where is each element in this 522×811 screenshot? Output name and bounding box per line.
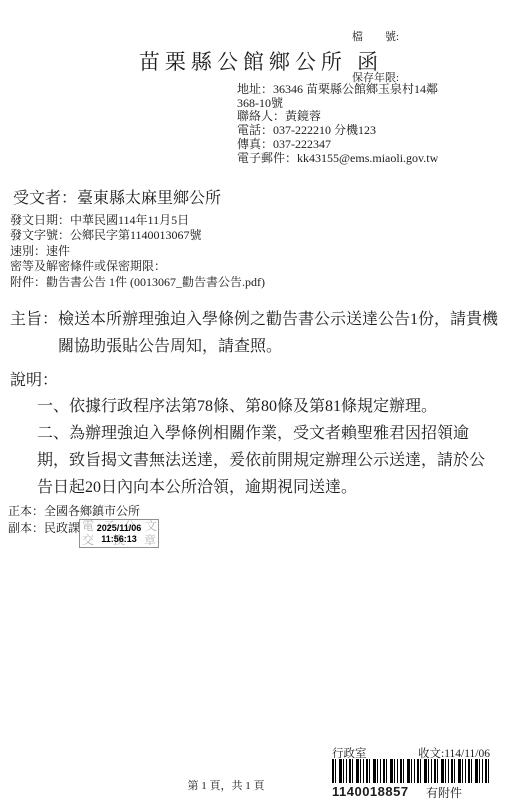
secrecy-line: 密等及解密條件或保密期限： xyxy=(10,259,265,274)
official-document-page: 檔 號: 保存年限: 苗栗縣公館鄉公所 函 地址：36346 苗栗縣公館鄉玉泉村… xyxy=(0,0,522,811)
document-number-line: 發文字號：公鄉民字第1140013067號 xyxy=(10,228,265,243)
sender-phone: 電話：037-222210 分機123 xyxy=(237,124,438,138)
sender-info-block: 地址：36346 苗栗縣公館鄉玉泉村14鄰 368-10號 聯絡人：黃鏡蓉 電話… xyxy=(237,83,438,165)
file-number-label: 檔 號: xyxy=(352,31,399,45)
urgency-line: 速別：速件 xyxy=(10,244,265,259)
sender-address-line1: 地址：36346 苗栗縣公館鄉玉泉村14鄰 xyxy=(237,83,438,97)
stamp-date: 2025/11/06 xyxy=(80,523,158,534)
document-title: 苗栗縣公館鄉公所 函 xyxy=(0,46,522,76)
subject-text: 檢送本所辦理強迫入學條例之勸告書公示送達公告1份，請貴機關協助張貼公告周知，請查… xyxy=(10,306,500,360)
issue-date-line: 發文日期：中華民國114年11月5日 xyxy=(10,213,265,228)
page-number-footer: 第 1 頁，共 1 頁 xyxy=(0,777,452,793)
original-copy-line: 正本：全國各鄉鎮市公所 xyxy=(8,503,140,520)
description-label: 說明： xyxy=(10,367,58,390)
stamp-time: 11:56:13 xyxy=(80,534,158,545)
description-item-1: 一、依據行政程序法第78條、第80條及第81條規定辦理。 xyxy=(37,393,499,420)
electronic-exchange-stamp: 電子公文 交換章 2025/11/06 11:56:13 xyxy=(79,519,159,548)
recipient-line: 受文者：臺東縣太麻里鄉公所 xyxy=(13,185,221,208)
description-item-2: 二、為辦理強迫入學條例相關作業，受文者賴聖雅君因招領逾期，致旨揭文書無法送達，爰… xyxy=(37,420,489,501)
sender-email: 電子郵件：kk43155@ems.miaoli.gov.tw xyxy=(237,152,438,166)
subject-label: 主旨： xyxy=(10,306,58,333)
document-meta-block: 發文日期：中華民國114年11月5日 發文字號：公鄉民字第1140013067號… xyxy=(10,213,265,290)
stamp-datetime: 2025/11/06 11:56:13 xyxy=(80,523,158,544)
attachment-line: 附件：勸告書公告 1件 (0013067_勸告書公告.pdf) xyxy=(10,275,265,290)
subject-section: 主旨： 檢送本所辦理強迫入學條例之勸告書公示送達公告1份，請貴機關協助張貼公告周… xyxy=(10,306,500,360)
sender-fax: 傳真：037-222347 xyxy=(237,138,438,152)
